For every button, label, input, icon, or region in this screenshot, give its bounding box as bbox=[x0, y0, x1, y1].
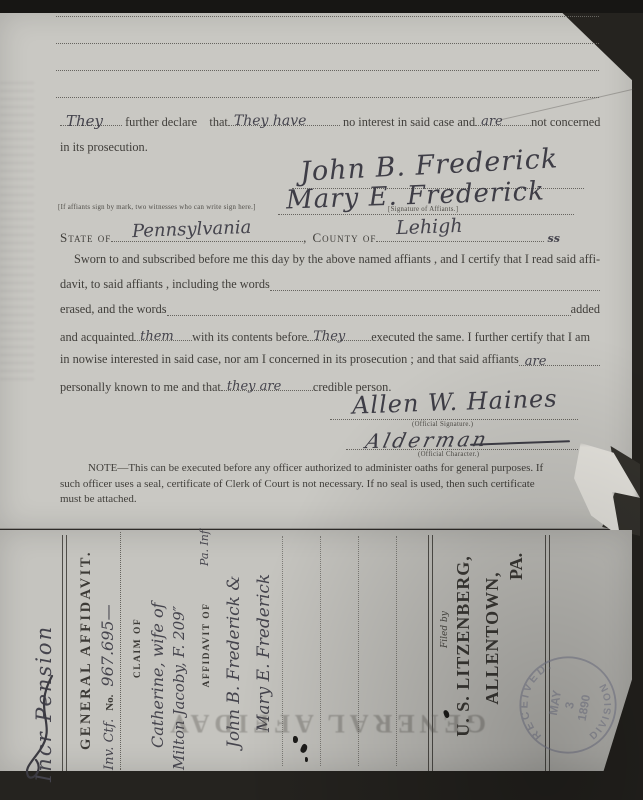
handwritten-they-are: they are bbox=[227, 380, 281, 394]
note-line-1: NOTE—This can be executed before any off… bbox=[60, 461, 605, 477]
fill-in-blank: are bbox=[475, 113, 531, 126]
ink-speck bbox=[305, 757, 308, 762]
ruled-line bbox=[56, 43, 599, 44]
handwritten-they: They bbox=[313, 330, 345, 344]
stamp-arc-bottom: DIVISION bbox=[587, 678, 619, 745]
printed-text: personally known to me and that bbox=[60, 380, 221, 394]
fill-in-blank: them bbox=[134, 328, 192, 341]
official-signature-line bbox=[330, 419, 578, 420]
affidavit-of-label: AFFIDAVIT OF bbox=[202, 587, 216, 703]
printed-text: and acquainted bbox=[60, 330, 134, 344]
form-sheet bbox=[0, 13, 632, 529]
scanned-affidavit-page: They further declare thatThey have no in… bbox=[0, 0, 643, 800]
declare-line-2: in its prosecution. bbox=[60, 141, 148, 155]
handwritten-claim-number: 967.695— bbox=[98, 604, 117, 686]
note-line-2: such officer uses a seal, certificate of… bbox=[60, 477, 605, 493]
printed-text: erased, and the words bbox=[60, 303, 167, 317]
printed-text: not concerned bbox=[531, 115, 600, 129]
received-date-stamp: RECEIVED. DIVISION MAY 3 1890 bbox=[504, 641, 631, 768]
words-added-blank bbox=[167, 303, 571, 316]
ink-flourish bbox=[14, 672, 74, 782]
state-of-label: State of bbox=[60, 230, 111, 245]
ss-abbrev: ss bbox=[548, 232, 560, 245]
signature-line bbox=[278, 214, 574, 215]
jacket-title: GENERAL AFFIDAVIT. bbox=[78, 534, 98, 766]
handwritten-are: are bbox=[481, 115, 503, 129]
words-erased-blank bbox=[270, 278, 600, 291]
handwritten-them: them bbox=[140, 330, 174, 344]
county-of-label: County of bbox=[313, 230, 377, 245]
handwritten-they: They bbox=[66, 113, 103, 130]
fill-in-blank: They have bbox=[228, 113, 340, 126]
fill-in-blank: are bbox=[519, 353, 600, 366]
official-character-line bbox=[346, 449, 578, 450]
comma: , bbox=[303, 231, 306, 245]
bleedthrough-smudge bbox=[0, 80, 34, 380]
sworn-line-5: in nowise interested in said case, nor a… bbox=[60, 353, 600, 367]
ruled-line bbox=[56, 16, 599, 17]
printed-text: that bbox=[209, 115, 227, 129]
note-line-3: must be attached. bbox=[60, 492, 605, 508]
handwritten-are: are bbox=[525, 355, 547, 369]
bleedthrough-title: GENERAL AFFIDAVIT bbox=[168, 700, 486, 738]
stamp-svg: RECEIVED. DIVISION MAY 3 1890 bbox=[504, 641, 631, 768]
claim-of-label: CLAIM OF bbox=[133, 598, 147, 698]
fill-in-blank: They bbox=[307, 328, 371, 341]
sworn-line-6: personally known to me and thatthey arec… bbox=[60, 378, 391, 395]
printed-text: further declare bbox=[125, 115, 197, 129]
signature-of-affiants-label: [Signature of Affiants.] bbox=[388, 206, 458, 213]
handwritten-regiment: Pa. Inf bbox=[198, 524, 214, 566]
stamp-month: MAY bbox=[546, 689, 564, 716]
printed-text: added bbox=[571, 303, 600, 317]
fold-line bbox=[0, 528, 632, 530]
handwritten-inv-ctf: Inv. Ctf. bbox=[102, 719, 117, 770]
fill-in-blank: they are bbox=[221, 378, 313, 391]
claim-number-line: Inv. Ctf. No. 967.695— bbox=[98, 532, 121, 770]
printed-text: with its contents before bbox=[192, 330, 307, 344]
sworn-line-3: erased, and the wordsadded bbox=[60, 303, 600, 317]
stamp-day: 3 bbox=[562, 700, 577, 709]
printed-text: davit, to said affiants , including the … bbox=[60, 278, 270, 292]
svg-text:DIVISION: DIVISION bbox=[587, 678, 619, 745]
sworn-line-4: and acquaintedthemwith its contents befo… bbox=[60, 328, 600, 345]
no-label: No. bbox=[104, 695, 116, 711]
stamp-year: 1890 bbox=[575, 693, 593, 722]
handwritten-they-have: They have bbox=[234, 114, 307, 129]
printed-text: in nowise interested in said case, nor a… bbox=[60, 353, 519, 367]
declare-line-1: They further declare thatThey have no in… bbox=[60, 113, 600, 130]
sworn-line-1: Sworn to and subscribed before me this d… bbox=[74, 253, 600, 267]
ruled-line bbox=[56, 70, 599, 71]
handwritten-lehigh: Lehigh bbox=[396, 215, 463, 239]
handwritten-pennsylvania: Pennsylvania bbox=[132, 217, 252, 242]
official-character-label: (Official Character.) bbox=[418, 451, 479, 458]
filed-by-label: Filed by bbox=[440, 596, 452, 648]
printed-text: no interest in said case and bbox=[343, 115, 475, 129]
note-paragraph: NOTE—This can be executed before any off… bbox=[60, 461, 605, 508]
ruled-line bbox=[56, 97, 599, 98]
filer-state: PA. bbox=[506, 534, 530, 580]
mark-witness-note: [If affiants sign by mark, two witnesses… bbox=[58, 204, 256, 211]
ink-speck bbox=[293, 736, 298, 743]
sworn-line-2: davit, to said affiants , including the … bbox=[60, 278, 600, 292]
fill-in-blank: They bbox=[60, 113, 122, 126]
printed-text: executed the same. I further certify tha… bbox=[371, 330, 590, 344]
